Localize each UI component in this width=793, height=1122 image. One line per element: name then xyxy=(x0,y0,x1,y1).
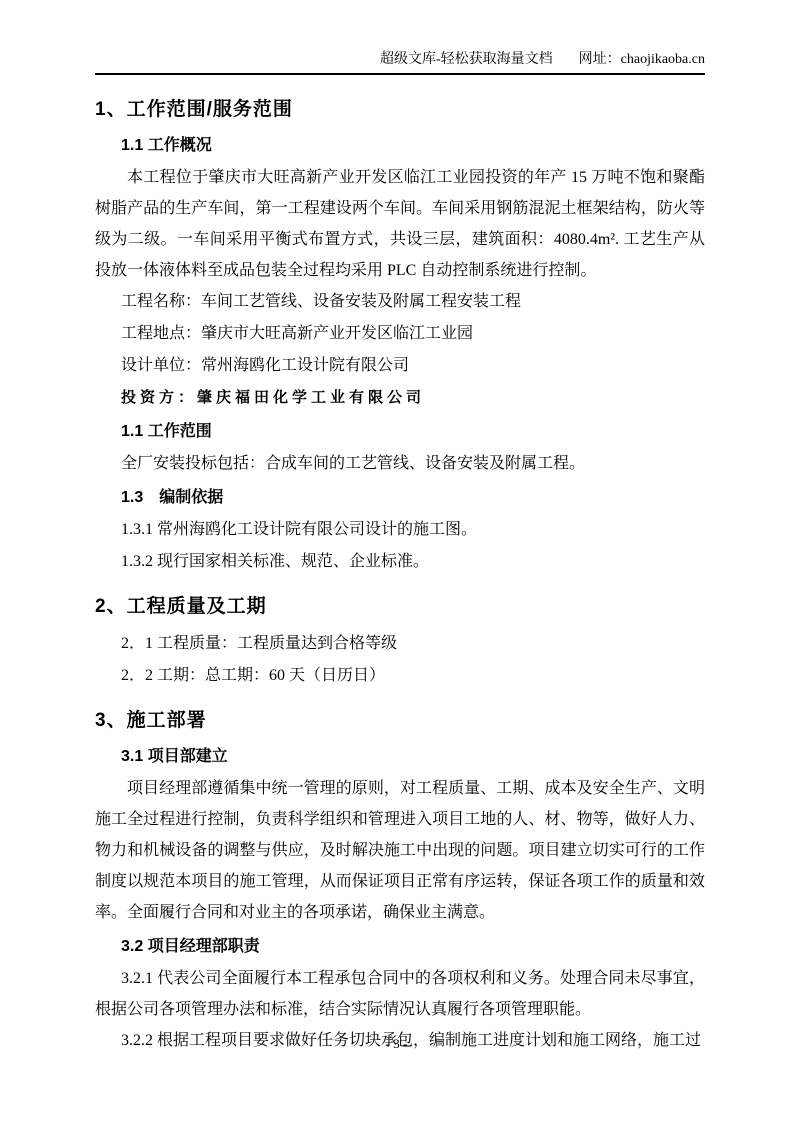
page-number: - 3 - xyxy=(0,1036,793,1052)
line-basis-2: 1.3.2 现行国家相关标准、规范、企业标准。 xyxy=(95,546,705,577)
section-3-title: 3、施工部署 xyxy=(95,707,705,734)
document-body: 1、工作范围/服务范围 1.1 工作概况 本工程位于肇庆市大旺高新产业开发区临江… xyxy=(95,76,705,1056)
line-project-location: 工程地点：肇庆市大旺高新产业开发区临江工业园 xyxy=(95,318,705,349)
section-2-title: 2、工程质量及工期 xyxy=(95,593,705,620)
document-page: 超级文库-轻松获取海量文档网址：chaojikaoba.cn 1、工作范围/服务… xyxy=(0,0,793,1122)
line-duration: 2．2 工期：总工期：60 天（日历日） xyxy=(95,660,705,691)
line-basis-1: 1.3.1 常州海鸥化工设计院有限公司设计的施工图。 xyxy=(95,514,705,545)
header-divider xyxy=(95,73,705,75)
heading-work-scope: 1.1 工作范围 xyxy=(95,417,705,446)
header-site-text: 超级文库-轻松获取海量文档 xyxy=(380,52,553,67)
page-header: 超级文库-轻松获取海量文档网址：chaojikaoba.cn xyxy=(95,50,705,70)
paragraph-work-overview: 本工程位于肇庆市大旺高新产业开发区临江工业园投资的年产 15 万吨不饱和聚酯树脂… xyxy=(95,162,705,286)
line-work-scope: 全厂安装投标包括：合成车间的工艺管线、设备安装及附属工程。 xyxy=(95,448,705,479)
line-quality: 2．1 工程质量：工程质量达到合格等级 xyxy=(95,628,705,659)
heading-project-dept-setup: 3.1 项目部建立 xyxy=(95,742,705,771)
paragraph-duty-1: 3.2.1 代表公司全面履行本工程承包合同中的各项权利和义务。处理合同未尽事宜，… xyxy=(95,963,705,1025)
heading-compilation-basis: 1.3 编制依据 xyxy=(95,483,705,512)
header-url-text: 网址：chaojikaoba.cn xyxy=(579,52,705,67)
line-design-unit: 设计单位：常州海鸥化工设计院有限公司 xyxy=(95,350,705,381)
heading-project-dept-duties: 3.2 项目经理部职责 xyxy=(95,932,705,961)
line-investor: 投资方：肇庆福田化学工业有限公司 xyxy=(95,382,705,413)
section-1-title: 1、工作范围/服务范围 xyxy=(95,96,705,123)
paragraph-project-dept-setup: 项目经理部遵循集中统一管理的原则，对工程质量、工期、成本及安全生产、文明施工全过… xyxy=(95,773,705,928)
line-project-name: 工程名称：车间工艺管线、设备安装及附属工程安装工程 xyxy=(95,286,705,317)
heading-work-overview: 1.1 工作概况 xyxy=(95,131,705,160)
